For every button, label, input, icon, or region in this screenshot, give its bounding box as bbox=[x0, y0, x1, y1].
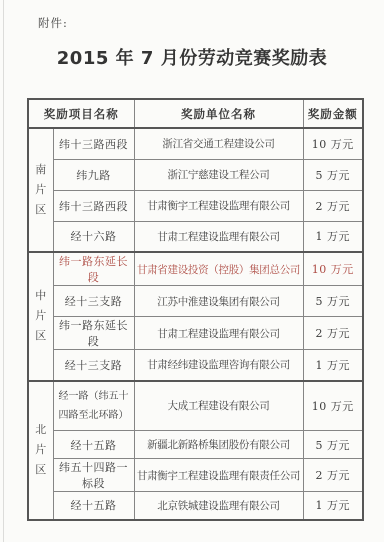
project-cell: 经十三支路 bbox=[53, 350, 134, 381]
unit-cell: 甘肃工程建设监理有限公司 bbox=[134, 317, 303, 350]
unit-cell: 甘肃衡宇工程建设监理有限责任公司 bbox=[134, 459, 303, 492]
scan-edge-line bbox=[3, 0, 4, 542]
project-cell: 经十五路 bbox=[53, 431, 134, 459]
amount-cell: 10 万元 bbox=[303, 252, 363, 286]
project-cell: 纬五十四路一标段 bbox=[53, 459, 134, 492]
header-unit: 奖励单位名称 bbox=[134, 99, 303, 128]
amount-cell: 2 万元 bbox=[303, 317, 363, 350]
table-row: 经十三支路 江苏中淮建设集团有限公司 5 万元 bbox=[28, 286, 363, 317]
amount-cell: 10 万元 bbox=[303, 381, 363, 431]
unit-cell: 甘肃衡宇工程建设监理有限公司 bbox=[134, 190, 303, 221]
unit-cell: 甘肃工程建设监理有限公司 bbox=[134, 221, 303, 252]
unit-cell: 甘肃省建设投资（控股）集团总公司 bbox=[134, 252, 303, 286]
page-title: 2015 年 7 月份劳动竞赛奖励表 bbox=[0, 44, 384, 70]
project-cell: 经十六路 bbox=[53, 221, 134, 252]
table-row: 纬九路 浙江宁慈建设工程公司 5 万元 bbox=[28, 159, 363, 190]
unit-cell: 江苏中淮建设集团有限公司 bbox=[134, 286, 303, 317]
project-cell: 纬九路 bbox=[53, 159, 134, 190]
table-row: 经十五路 北京铁城建设监理有限公司 1 万元 bbox=[28, 492, 363, 520]
table-row: 纬五十四路一标段 甘肃衡宇工程建设监理有限责任公司 2 万元 bbox=[28, 459, 363, 492]
project-cell: 经十三支路 bbox=[53, 286, 134, 317]
table-row: 经十六路 甘肃工程建设监理有限公司 1 万元 bbox=[28, 221, 363, 252]
unit-cell: 甘肃经纬建设监理咨询有限公司 bbox=[134, 350, 303, 381]
project-cell: 纬十三路西段 bbox=[53, 128, 134, 159]
amount-cell: 5 万元 bbox=[303, 431, 363, 459]
amount-cell: 2 万元 bbox=[303, 459, 363, 492]
region-cell-middle: 中片区 bbox=[28, 252, 53, 381]
table-row: 南片区 纬十三路西段 浙江省交通工程建设公司 10 万元 bbox=[28, 128, 363, 159]
project-cell: 纬一路东延长段 bbox=[53, 317, 134, 350]
project-cell: 纬一路东延长段 bbox=[53, 252, 134, 286]
amount-cell: 1 万元 bbox=[303, 492, 363, 520]
amount-cell: 1 万元 bbox=[303, 221, 363, 252]
project-cell: 纬十三路西段 bbox=[53, 190, 134, 221]
unit-cell: 北京铁城建设监理有限公司 bbox=[134, 492, 303, 520]
table-row: 经十五路 新疆北新路桥集团股份有限公司 5 万元 bbox=[28, 431, 363, 459]
amount-cell: 1 万元 bbox=[303, 350, 363, 381]
amount-cell: 10 万元 bbox=[303, 128, 363, 159]
project-cell: 经十五路 bbox=[53, 492, 134, 520]
attachment-label: 附件: bbox=[38, 15, 68, 31]
table-row: 北片区 经一路（纬五十四路至北环路） 大成工程建设有限公司 10 万元 bbox=[28, 381, 363, 431]
region-cell-south: 南片区 bbox=[28, 128, 53, 252]
amount-cell: 5 万元 bbox=[303, 286, 363, 317]
table-header-row: 奖励项目名称 奖励单位名称 奖励金额 bbox=[28, 99, 363, 128]
unit-cell: 新疆北新路桥集团股份有限公司 bbox=[134, 431, 303, 459]
reward-table: 奖励项目名称 奖励单位名称 奖励金额 南片区 纬十三路西段 浙江省交通工程建设公… bbox=[27, 98, 364, 521]
table-row: 经十三支路 甘肃经纬建设监理咨询有限公司 1 万元 bbox=[28, 350, 363, 381]
header-amount: 奖励金额 bbox=[303, 99, 363, 128]
table-row: 纬十三路西段 甘肃衡宇工程建设监理有限公司 2 万元 bbox=[28, 190, 363, 221]
header-project: 奖励项目名称 bbox=[28, 99, 134, 128]
project-cell: 经一路（纬五十四路至北环路） bbox=[53, 381, 134, 431]
amount-cell: 5 万元 bbox=[303, 159, 363, 190]
unit-cell: 浙江宁慈建设工程公司 bbox=[134, 159, 303, 190]
amount-cell: 2 万元 bbox=[303, 190, 363, 221]
unit-cell: 大成工程建设有限公司 bbox=[134, 381, 303, 431]
region-cell-north: 北片区 bbox=[28, 381, 53, 520]
unit-cell: 浙江省交通工程建设公司 bbox=[134, 128, 303, 159]
table-row-highlighted: 中片区 纬一路东延长段 甘肃省建设投资（控股）集团总公司 10 万元 bbox=[28, 252, 363, 286]
table-row: 纬一路东延长段 甘肃工程建设监理有限公司 2 万元 bbox=[28, 317, 363, 350]
